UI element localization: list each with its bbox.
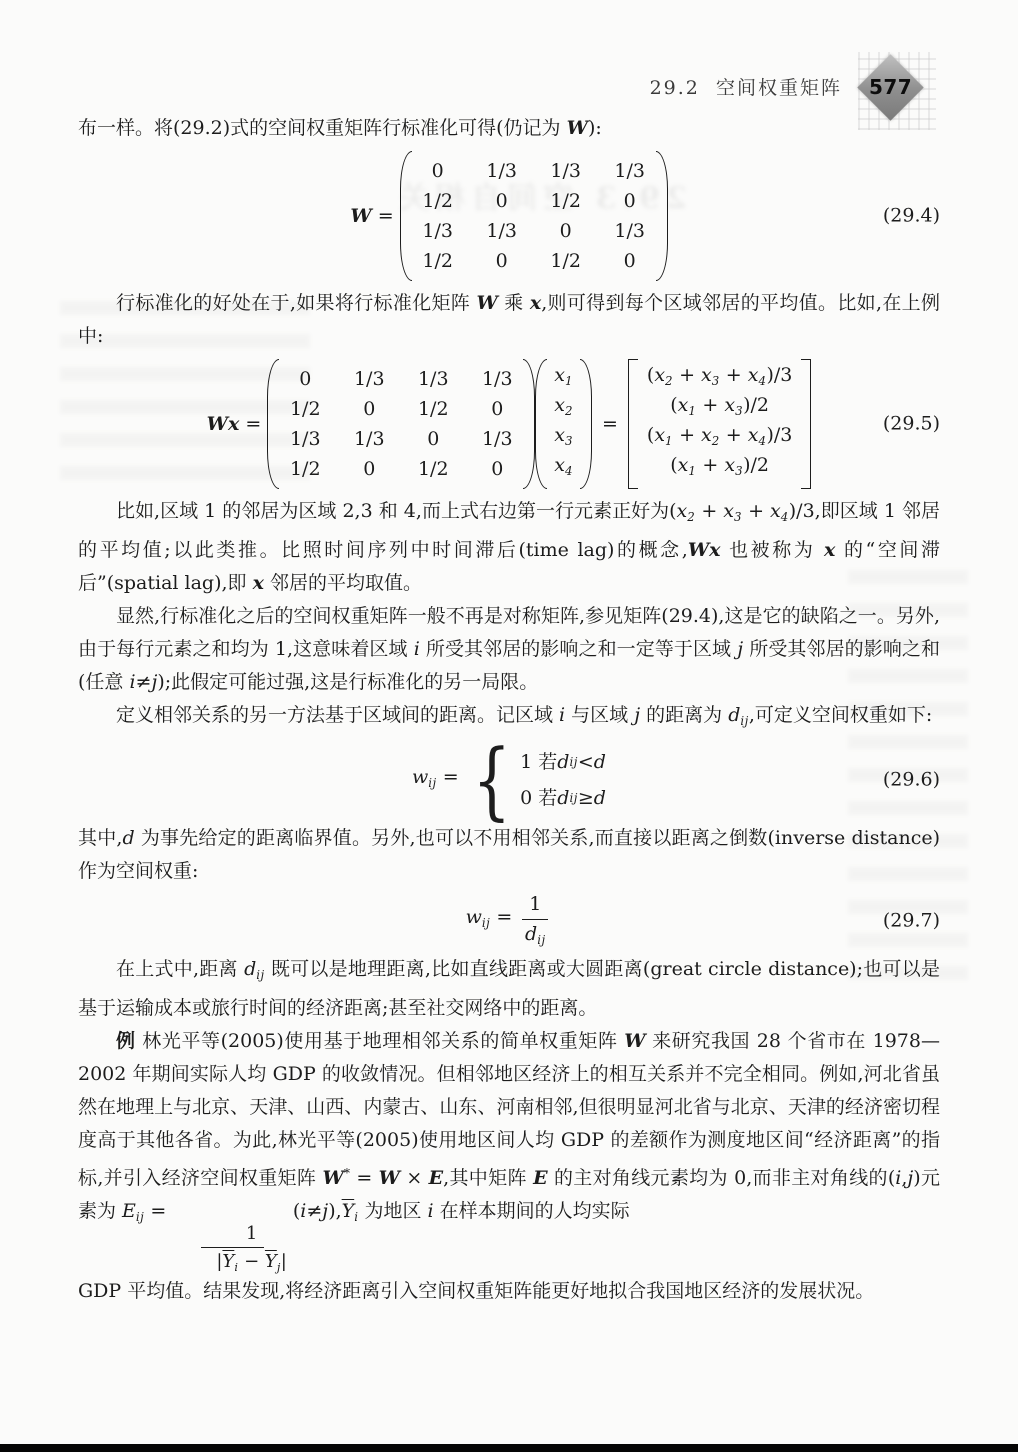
paragraph-threshold: 其中,d 为事先给定的距离临界值。另外,也可以不用相邻关系,而直接以距离之倒数(… <box>78 822 940 888</box>
scan-edge-bar <box>0 1444 1018 1452</box>
matrix-cell: 1/3 <box>607 215 653 248</box>
paragraph-distance-types: 在上式中,距离 dij 既可以是地理距离,比如直线距离或大圆距离(great c… <box>78 953 940 1025</box>
matrix-cell: 0 <box>607 185 653 218</box>
matrix-cell: 0 <box>543 215 589 248</box>
matrix-cell: 1/2 <box>410 393 456 426</box>
equation-29-5: Wx = 01/31/31/31/201/201/31/301/31/201/2… <box>78 357 940 491</box>
matrix-cell: 0 <box>479 185 525 218</box>
fraction-denominator: dij <box>525 920 546 949</box>
page-header: 29.2 空间权重矩阵 577 <box>78 0 940 112</box>
equation-number: (29.4) <box>883 200 940 233</box>
matrix-cell: 0 <box>479 245 525 278</box>
matrix-cell: 1/3 <box>479 155 525 188</box>
vector-cell: x4 <box>550 449 577 488</box>
scanned-book-page: 29.3 空间自相关 29.2 空间权重矩阵 577 布一样。将(29.2)式的… <box>0 0 1018 1452</box>
matrix-row: 1/201/20 <box>282 394 520 424</box>
example-text-after: (i≠j),Yi 为地区 i 在样本期间的人均实际 <box>293 1200 630 1222</box>
equation-29-6: wij = { 1 若 dij < d 0 若 dij ≥ d (29.6) <box>78 742 940 818</box>
equation-lhs: W = <box>350 200 393 233</box>
matrix-cell: 1/2 <box>543 245 589 278</box>
page-number: 577 <box>869 71 912 104</box>
matrix-cell: 1/3 <box>346 363 392 396</box>
matrix-cell: 1/2 <box>543 185 589 218</box>
running-head: 29.2 空间权重矩阵 <box>650 72 842 105</box>
economic-distance-fraction: 1|Yi − Yj| <box>178 1222 287 1275</box>
matrix-cell: 0 <box>415 155 461 188</box>
vector-cell: (x1 + x3)/2 <box>666 449 773 488</box>
matrix-row: 1/31/301/3 <box>282 424 520 454</box>
matrix-cell: 1/3 <box>474 363 520 396</box>
matrix-cell: 1/3 <box>415 215 461 248</box>
fraction-numerator: 1 <box>522 892 548 920</box>
matrix-cell: 0 <box>346 453 392 486</box>
matrix-cell: 0 <box>410 423 456 456</box>
matrix-w: 01/31/31/31/201/201/31/301/31/201/20 <box>267 357 535 491</box>
paragraph-row-standardize: 布一样。将(29.2)式的空间权重矩阵行标准化可得(仍记为 W): <box>78 112 940 145</box>
fraction-numerator: 1 <box>201 1222 264 1248</box>
matrix-cell: 1/3 <box>410 363 456 396</box>
paragraph-conclusion: GDP 平均值。结果发现,将经济距离引入空间权重矩阵能更好地拟合我国地区经济的发… <box>78 1275 940 1308</box>
example-text-before: 例 林光平等(2005)使用基于地理相邻关系的简单权重矩阵 W 来研究我国 28… <box>78 1030 940 1222</box>
paragraph-spatial-lag: 比如,区域 1 的邻居为区域 2,3 和 4,而上式右边第一行元素正好为(x2 … <box>78 495 940 600</box>
matrix-cell: 0 <box>607 245 653 278</box>
matrix-cell: 0 <box>282 363 328 396</box>
matrix-cell: 0 <box>346 393 392 426</box>
equals-sign: = <box>602 408 618 441</box>
left-brace: { <box>472 742 510 818</box>
fraction-denominator: |Yi − Yj| <box>178 1248 287 1275</box>
equation-number: (29.7) <box>883 904 940 937</box>
matrix-row: 1/201/20 <box>282 454 520 484</box>
matrix-row: 1/31/301/3 <box>415 216 653 246</box>
equation-lhs: wij = <box>466 901 513 940</box>
matrix-row: 1/201/20 <box>415 246 653 276</box>
section-number: 29.2 <box>650 77 700 99</box>
equation-number: (29.5) <box>883 408 940 441</box>
equation-29-7: wij = 1 dij (29.7) <box>78 892 940 949</box>
matrix-row: 01/31/31/3 <box>282 364 520 394</box>
matrix-cell: 1/3 <box>346 423 392 456</box>
matrix-cell: 1/2 <box>415 245 461 278</box>
section-title: 空间权重矩阵 <box>716 77 842 99</box>
equation-lhs: wij = <box>412 761 459 800</box>
matrix-cell: 1/3 <box>607 155 653 188</box>
page-content: 29.2 空间权重矩阵 577 布一样。将(29.2)式的空间权重矩阵行标准化可… <box>0 0 1018 1308</box>
matrix-row: 1/201/20 <box>415 186 653 216</box>
matrix-cell: 1/3 <box>479 215 525 248</box>
matrix-cell: 1/2 <box>410 453 456 486</box>
result-vector: (x2 + x3 + x4)/3(x1 + x3)/2(x1 + x2 + x4… <box>628 357 811 491</box>
matrix-cell: 1/3 <box>543 155 589 188</box>
vector-row: x4 <box>550 454 577 484</box>
equation-number: (29.6) <box>883 764 940 797</box>
case-line: 1 若 dij < d <box>520 744 606 780</box>
matrix-cell: 1/3 <box>474 423 520 456</box>
matrix-cell: 1/2 <box>415 185 461 218</box>
matrix-cell: 1/3 <box>282 423 328 456</box>
vector-x: x1x2x3x4 <box>535 357 592 491</box>
fraction: 1 dij <box>522 892 548 949</box>
matrix-row: 01/31/31/3 <box>415 156 653 186</box>
matrix-w: 01/31/31/31/201/201/31/301/31/201/20 <box>400 149 668 283</box>
paragraph-example: 例 林光平等(2005)使用基于地理相邻关系的简单权重矩阵 W 来研究我国 28… <box>78 1025 940 1275</box>
paragraph-limitations: 显然,行标准化之后的空间权重矩阵一般不再是对称矩阵,参见矩阵(29.4),这是它… <box>78 600 940 699</box>
equation-29-4: W = 01/31/31/31/201/201/31/301/31/201/20… <box>78 149 940 283</box>
matrix-cell: 1/2 <box>282 453 328 486</box>
matrix-cell: 0 <box>474 393 520 426</box>
matrix-cell: 1/2 <box>282 393 328 426</box>
cases-block: 1 若 dij < d 0 若 dij ≥ d <box>520 744 606 816</box>
matrix-cell: 0 <box>474 453 520 486</box>
equation-lhs: Wx = <box>207 408 262 441</box>
case-line: 0 若 dij ≥ d <box>520 780 606 816</box>
paragraph-benefit: 行标准化的好处在于,如果将行标准化矩阵 W 乘 x,则可得到每个区域邻居的平均值… <box>78 287 940 353</box>
